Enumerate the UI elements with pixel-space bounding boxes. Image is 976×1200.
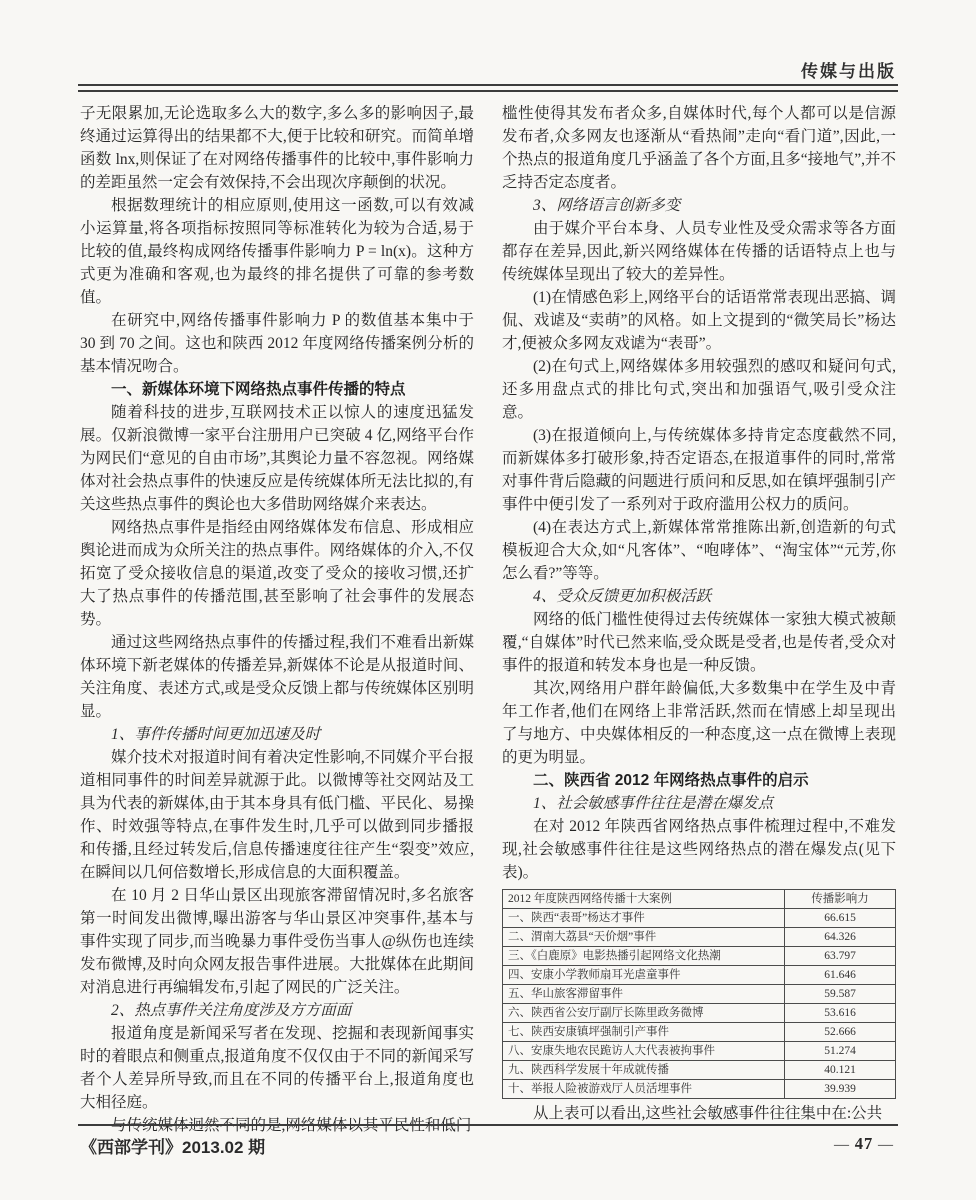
paragraph: (1)在情感色彩上,网络平台的话语常常表现出恶搞、调侃、戏谑及“卖萌”的风格。如… [502, 286, 896, 355]
sub-heading: 4、受众反馈更加积极活跃 [502, 585, 896, 608]
top-ten-cases-table: 2012 年度陕西网络传播十大案例 传播影响力 一、陕西“表哥”杨达才事件 66… [502, 889, 896, 1099]
influence-value: 53.616 [785, 1004, 896, 1023]
table-row: 四、安康小学教师扇耳光虐童事件 61.646 [503, 966, 896, 985]
footer-rule [78, 1124, 898, 1126]
sub-heading: 1、事件传播时间更加迅速及时 [80, 723, 474, 746]
sub-heading: 3、网络语言创新多变 [502, 194, 896, 217]
influence-value: 51.274 [785, 1042, 896, 1061]
right-column: 槛性使得其发布者众多,自媒体时代,每个人都可以是信源发布者,众多网友也逐渐从“看… [502, 102, 896, 1120]
paragraph: (4)在表达方式上,新媒体常常推陈出新,创造新的句式模板迎合大众,如“凡客体”、… [502, 516, 896, 585]
running-head: 传媒与出版 [801, 57, 896, 82]
case-name: 五、华山旅客滞留事件 [503, 985, 785, 1004]
paragraph: 由于媒介平台本身、人员专业性及受众需求等各方面都存在差异,因此,新兴网络媒体在传… [502, 217, 896, 286]
sub-heading: 1、社会敏感事件往往是潜在爆发点 [502, 792, 896, 815]
table-row: 十、举报人险被游戏厅人员活埋事件 39.939 [503, 1080, 896, 1099]
paragraph: 其次,网络用户群年龄偏低,大多数集中在学生及中青年工作者,他们在网络上非常活跃,… [502, 677, 896, 769]
influence-value: 39.939 [785, 1080, 896, 1099]
left-column: 子无限累加,无论选取多么大的数字,多么多的影响因子,最终通过运算得出的结果都不大… [80, 102, 474, 1120]
header-double-rule [78, 84, 898, 92]
influence-value: 61.646 [785, 966, 896, 985]
case-name: 二、渭南大荔县“天价烟”事件 [503, 928, 785, 947]
case-name: 六、陕西省公安厅副厅长陈里政务微博 [503, 1004, 785, 1023]
table-row: 九、陕西科学发展十年成就传播 40.121 [503, 1061, 896, 1080]
table-row: 二、渭南大荔县“天价烟”事件 64.326 [503, 928, 896, 947]
case-name: 四、安康小学教师扇耳光虐童事件 [503, 966, 785, 985]
table-row: 八、安康失地农民跪访人大代表被拘事件 51.274 [503, 1042, 896, 1061]
paragraph: (3)在报道倾向上,与传统媒体多持肯定态度截然不同,而新媒体多打破形象,持否定语… [502, 424, 896, 516]
table-row: 一、陕西“表哥”杨达才事件 66.615 [503, 909, 896, 928]
influence-value: 59.587 [785, 985, 896, 1004]
influence-value: 63.797 [785, 947, 896, 966]
influence-value: 40.121 [785, 1061, 896, 1080]
paragraph: 在 10 月 2 日华山景区出现旅客滞留情况时,多名旅客第一时间发出微博,曝出游… [80, 884, 474, 999]
paragraph: 随着科技的进步,互联网技术正以惊人的速度迅猛发展。仅新浪微博一家平台注册用户已突… [80, 401, 474, 516]
paragraph: (2)在句式上,网络媒体多用较强烈的感叹和疑问句式,还多用盘点式的排比句式,突出… [502, 355, 896, 424]
case-name: 三、《白鹿原》电影热播引起网络文化热潮 [503, 947, 785, 966]
influence-value: 64.326 [785, 928, 896, 947]
case-name: 八、安康失地农民跪访人大代表被拘事件 [503, 1042, 785, 1061]
journal-title: 《西部学刊》2013.02 期 [80, 1133, 265, 1158]
influence-value: 52.666 [785, 1023, 896, 1042]
paragraph: 网络热点事件是指经由网络媒体发布信息、形成相应舆论进而成为众所关注的热点事件。网… [80, 516, 474, 631]
paragraph: 报道角度是新闻采写者在发现、挖掘和表现新闻事实时的着眼点和侧重点,报道角度不仅仅… [80, 1022, 474, 1114]
table-header-row: 2012 年度陕西网络传播十大案例 传播影响力 [503, 890, 896, 909]
paragraph: 子无限累加,无论选取多么大的数字,多么多的影响因子,最终通过运算得出的结果都不大… [80, 102, 474, 194]
case-name: 七、陕西安康镇坪强制引产事件 [503, 1023, 785, 1042]
sub-heading: 2、热点事件关注角度涉及方方面面 [80, 999, 474, 1022]
paragraph: 在对 2012 年陕西省网络热点事件梳理过程中,不难发现,社会敏感事件往往是这些… [502, 815, 896, 884]
page-number-dash-right: — [878, 1137, 894, 1153]
paragraph: 网络的低门槛性使得过去传统媒体一家独大模式被颠覆,“自媒体”时代已然来临,受众既… [502, 608, 896, 677]
table-row: 七、陕西安康镇坪强制引产事件 52.666 [503, 1023, 896, 1042]
paragraph: 根据数理统计的相应原则,使用这一函数,可以有效减小运算量,将各项指标按照同等标准… [80, 194, 474, 309]
paragraph: 槛性使得其发布者众多,自媒体时代,每个人都可以是信源发布者,众多网友也逐渐从“看… [502, 102, 896, 194]
paragraph: 媒介技术对报道时间有着决定性影响,不同媒介平台报道相同事件的时间差异就源于此。以… [80, 746, 474, 884]
case-name: 十、举报人险被游戏厅人员活埋事件 [503, 1080, 785, 1099]
paragraph: 从上表可以看出,这些社会敏感事件往往集中在:公共 [502, 1102, 896, 1125]
table-header-cases: 2012 年度陕西网络传播十大案例 [503, 890, 785, 909]
table-header-influence: 传播影响力 [785, 890, 896, 909]
table-row: 五、华山旅客滞留事件 59.587 [503, 985, 896, 1004]
article-body: 子无限累加,无论选取多么大的数字,多么多的影响因子,最终通过运算得出的结果都不大… [80, 102, 896, 1120]
page-number-dash-left: — [834, 1137, 850, 1153]
page-number-value: 47 [855, 1134, 874, 1153]
table-row: 六、陕西省公安厅副厅长陈里政务微博 53.616 [503, 1004, 896, 1023]
table-row: 三、《白鹿原》电影热播引起网络文化热潮 63.797 [503, 947, 896, 966]
paragraph: 在研究中,网络传播事件影响力 P 的数值基本集中于 30 到 70 之间。这也和… [80, 309, 474, 378]
page-number: — 47 — [834, 1134, 894, 1154]
case-name: 九、陕西科学发展十年成就传播 [503, 1061, 785, 1080]
journal-page: 传媒与出版 子无限累加,无论选取多么大的数字,多么多的影响因子,最终通过运算得出… [0, 0, 976, 1200]
influence-value: 66.615 [785, 909, 896, 928]
paragraph: 通过这些网络热点事件的传播过程,我们不难看出新媒体环境下新老媒体的传播差异,新媒… [80, 631, 474, 723]
section-heading: 一、新媒体环境下网络热点事件传播的特点 [80, 378, 474, 401]
case-name: 一、陕西“表哥”杨达才事件 [503, 909, 785, 928]
section-heading: 二、陕西省 2012 年网络热点事件的启示 [502, 769, 896, 792]
